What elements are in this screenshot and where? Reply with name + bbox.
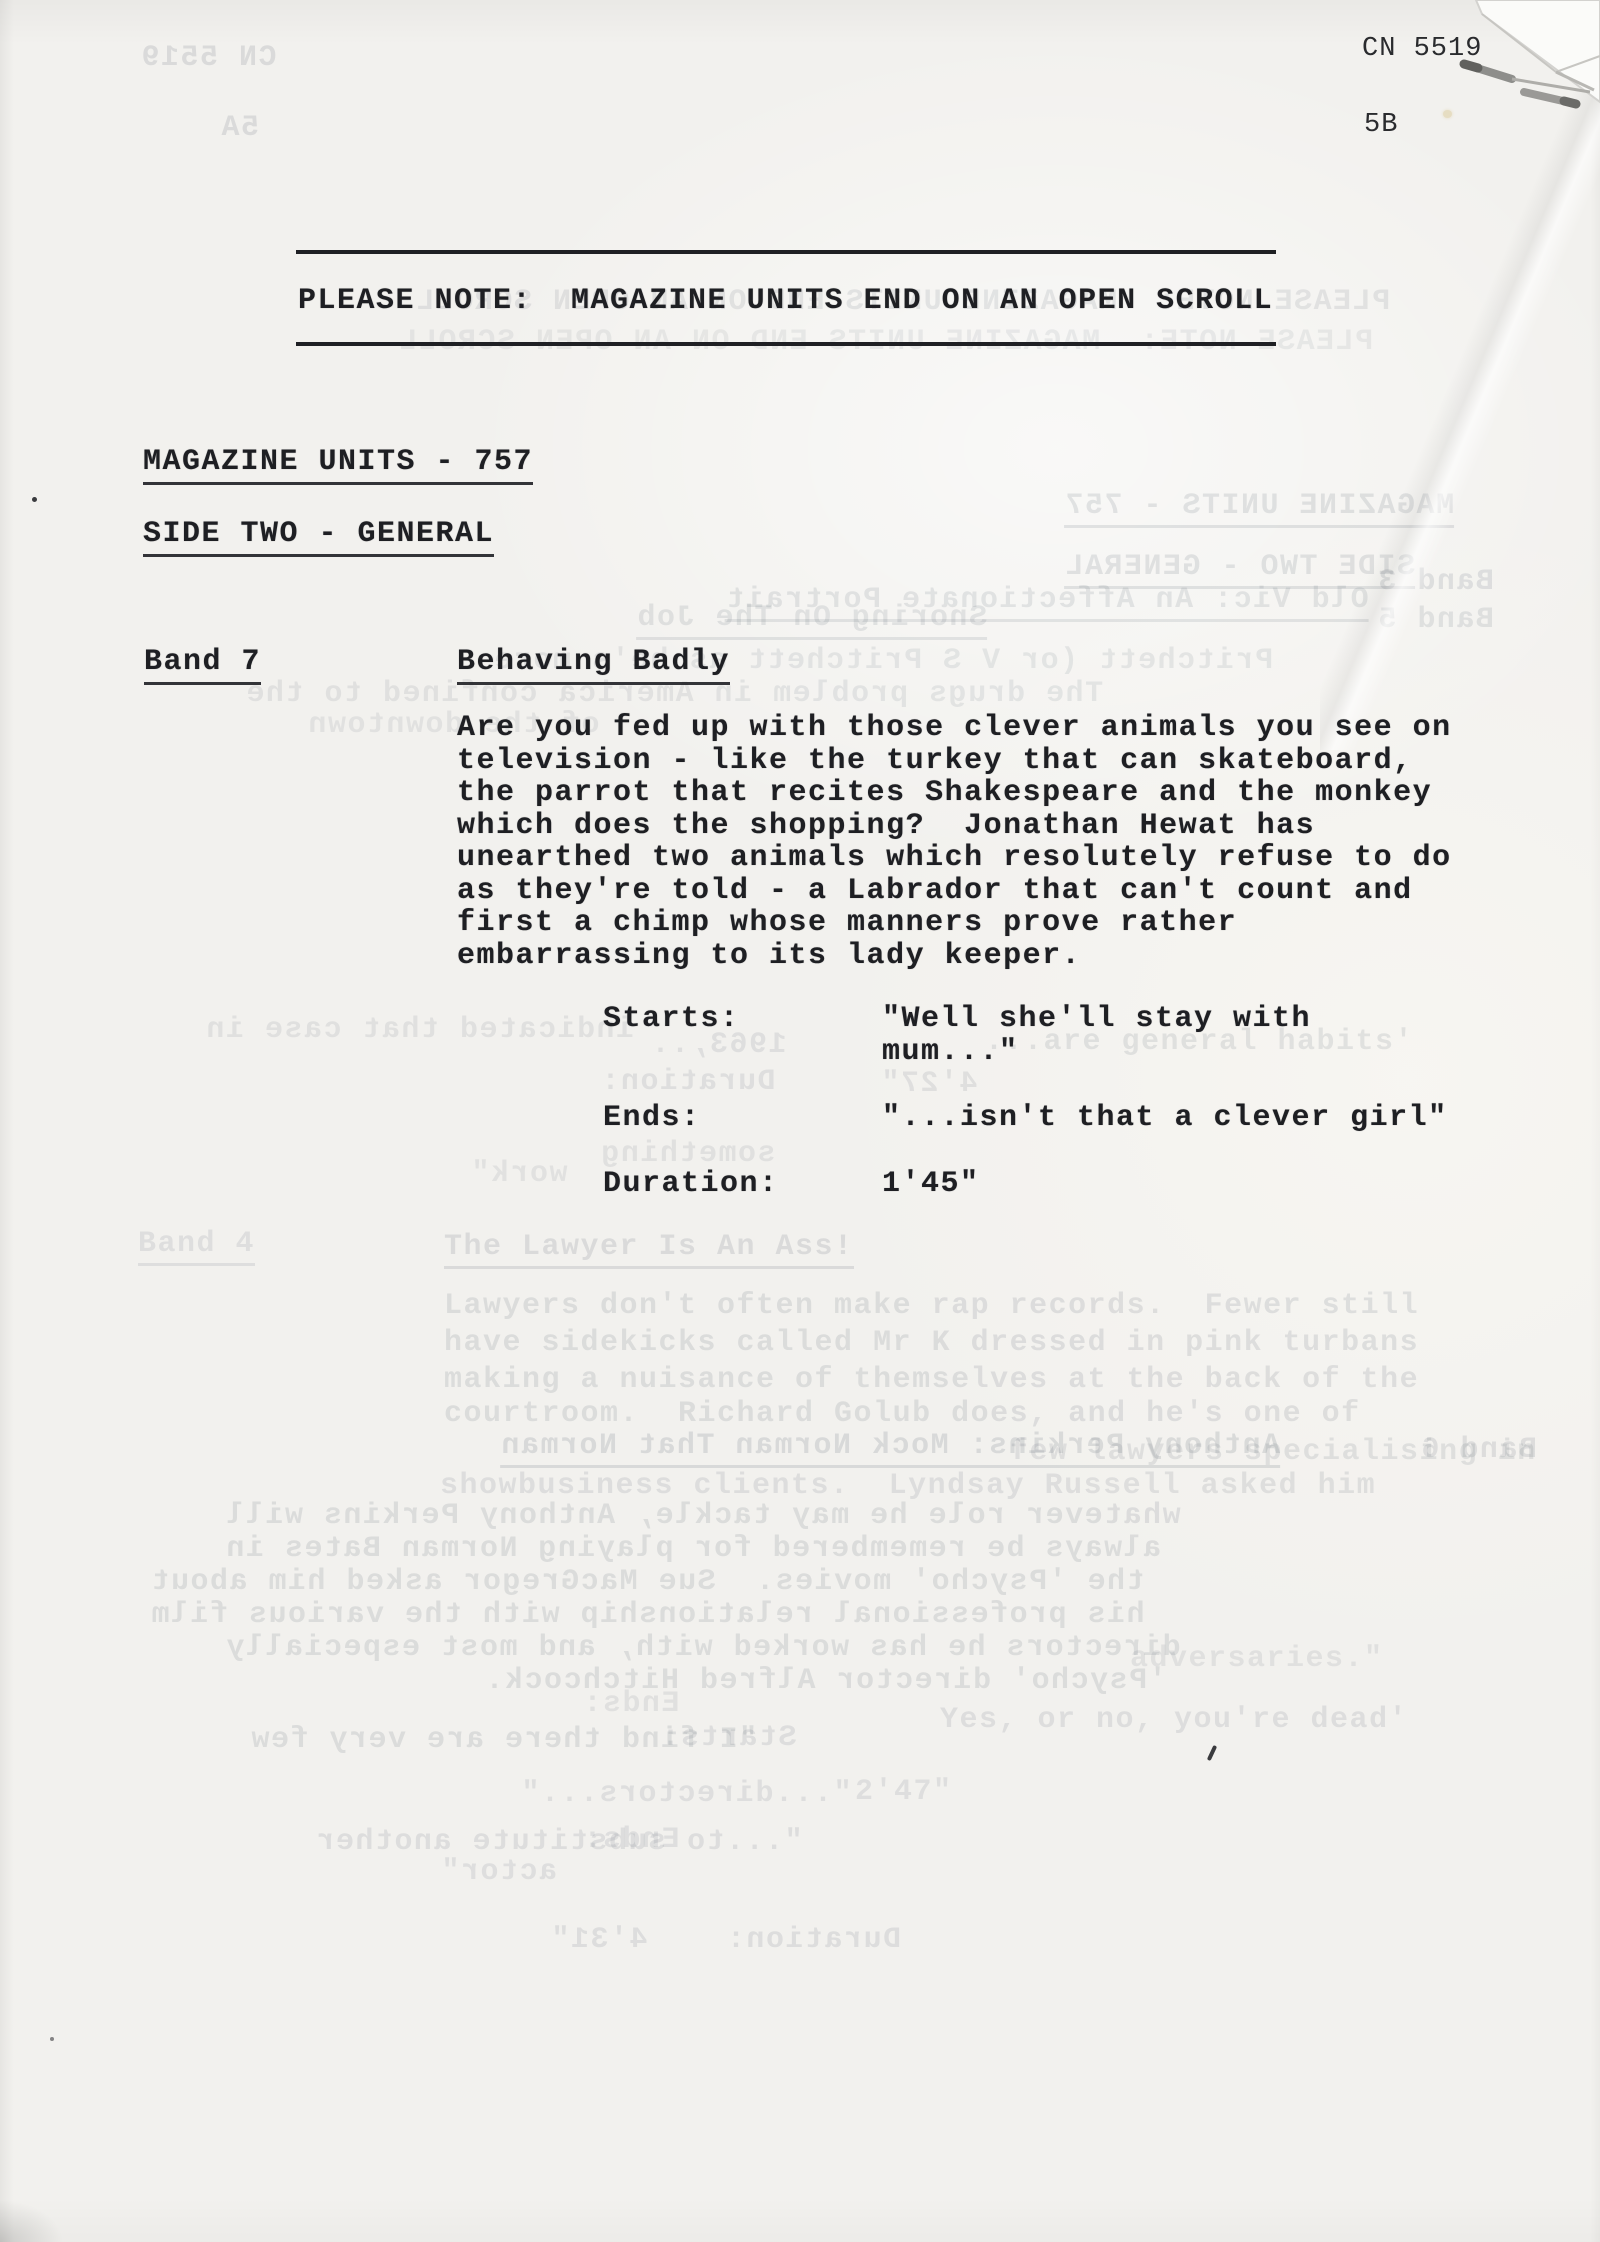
band-description: Are you fed up with those clever animals… [457, 712, 1452, 972]
bleed-through-text: Anthony Perkins: Mock Norman That Norman [500, 1430, 1280, 1468]
folded-corner-with-pin [1378, 0, 1600, 132]
starts-label: Starts: [603, 1003, 882, 1036]
document-subtitle-text: SIDE TWO - GENERAL [143, 517, 494, 557]
notice-text: PLEASE NOTE: MAGAZINE UNITS END ON AN OP… [298, 284, 1273, 318]
document-title: MAGAZINE UNITS - 757 [143, 446, 533, 479]
bleed-through-text: Ends: [582, 1688, 680, 1721]
bleed-through-text: Snoring On The Job [636, 602, 987, 640]
duration-value: 1'45" [882, 1168, 980, 1201]
bleed-through-text: adversaries." [1130, 1643, 1384, 1676]
band-title-text: Behaving Badly [457, 645, 730, 685]
page-code: 5B [1364, 110, 1398, 140]
bleed-through-text: CN 5519 [140, 42, 277, 75]
bleed-through-text: directors he has worked with, and most e… [225, 1632, 1181, 1665]
ink-speck [1207, 1745, 1217, 1761]
bleed-through-text: Duration: 4'31" [550, 1924, 901, 1957]
bleed-through-text: actor" [440, 1856, 557, 1889]
bleed-through-text: indicated that case in [205, 1014, 634, 1047]
ends-label: Ends: [603, 1102, 882, 1135]
band-label: Band 7 [144, 646, 261, 679]
starts-row: Starts: "Well she'll stay with mum..." [603, 1003, 1448, 1069]
starts-value: "Well she'll stay with mum..." [882, 1003, 1311, 1069]
ink-speck [32, 497, 37, 502]
document-title-text: MAGAZINE UNITS - 757 [143, 445, 533, 485]
duration-label: Duration: [603, 1168, 882, 1201]
bleed-through-text: the 'Psycho' movies. Sue MacGregor asked… [150, 1566, 1145, 1599]
bleed-through-text: The Lawyer Is An Ass! [444, 1231, 854, 1269]
bleed-through-text: Yes, or no, you're dead' [940, 1704, 1408, 1737]
bleed-through-text: making a nuisance of themselves at the b… [444, 1364, 1419, 1397]
scanned-document-page: { "document": { "reference": "CN 5519", … [0, 0, 1600, 2242]
reference-number: CN 5519 [1362, 34, 1482, 64]
timing-details: Starts: "Well she'll stay with mum..." E… [603, 1003, 1448, 1201]
document-subtitle: SIDE TWO - GENERAL [143, 518, 494, 551]
bleed-through-text: "...directors..." [520, 1778, 852, 1811]
bleed-through-text: work" [470, 1158, 568, 1191]
bleed-through-text: Starts: [660, 1722, 797, 1755]
bleed-through-text: have sidekicks called Mr K dressed in pi… [444, 1327, 1419, 1360]
bleed-through-text: 2'47" [855, 1776, 953, 1809]
ends-value: "...isn't that a clever girl" [882, 1102, 1448, 1135]
bleed-through-text: Ends: [582, 1824, 680, 1857]
bottom-left-corner-fold [0, 2187, 90, 2242]
bleed-through-text: Band 4 [138, 1228, 255, 1266]
bleed-through-text: whatever role he may tackle, Anthony Per… [225, 1500, 1181, 1533]
bleed-through-text: courtroom. Richard Golub does, and he's … [444, 1398, 1361, 1431]
bleed-through-text: Lawyers don't often make rap records. Fe… [444, 1290, 1419, 1323]
bleed-through-text: 5A [220, 112, 259, 145]
band-title: Behaving Badly [457, 646, 730, 679]
paper-crease [1320, 70, 1600, 750]
ink-speck [50, 2037, 54, 2041]
bleed-through-text: always be remembered for playing Norman … [225, 1533, 1161, 1566]
ends-row: Ends: "...isn't that a clever girl" [603, 1102, 1448, 1135]
bleed-through-text: MAGAZINE UNITS - 757 [1064, 490, 1454, 528]
paper-stain [1443, 110, 1452, 118]
bleed-through-text: "...to substitute another [315, 1826, 803, 1859]
bleed-through-text: Band 5 [1377, 604, 1494, 637]
bleed-through-text: Band 6 [1420, 1434, 1537, 1467]
duration-row: Duration: 1'45" [603, 1168, 1448, 1201]
band-label-text: Band 7 [144, 645, 261, 685]
bleed-through-text: his professional relationship with the v… [150, 1599, 1145, 1632]
notice-box: PLEASE NOTE: MAGAZINE UNITS END ON AN OP… [296, 250, 1276, 346]
bleed-through-text: Band 3 [1377, 566, 1494, 599]
